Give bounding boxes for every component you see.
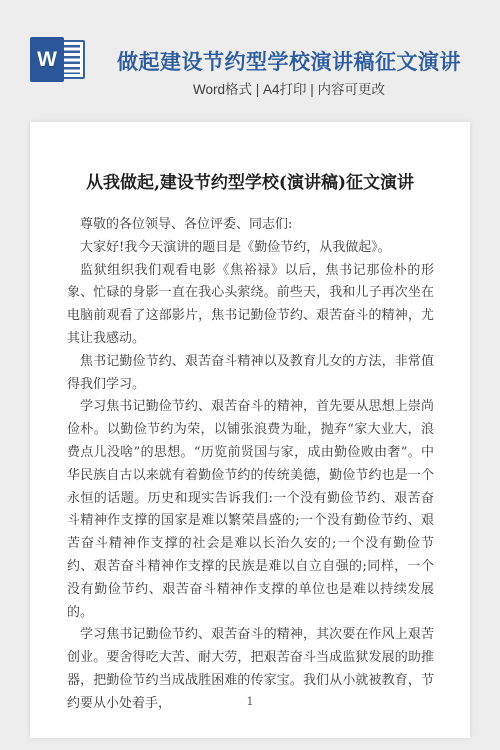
word-w-badge-icon: W: [30, 37, 64, 82]
document-body: 尊敬的各位领导、各位评委、同志们:大家好!我今天演讲的题目是《勤俭节约，从我做起…: [67, 214, 434, 716]
format-info: Word格式 | A4打印 | 内容可更改: [100, 78, 478, 98]
page-number: 1: [30, 695, 470, 708]
document-paragraph: 焦书记勤俭节约、艰苦奋斗精神以及教育儿女的方法，非常值得我们学习。: [67, 351, 434, 397]
document-paragraph: 监狱组织我们观看电影《焦裕禄》以后，焦书记那俭朴的形象、忙碌的身影一直在我心头萦…: [67, 260, 434, 351]
document-paragraph: 大家好!我今天演讲的题目是《勤俭节约，从我做起》。: [67, 237, 434, 260]
document-paragraph: 尊敬的各位领导、各位评委、同志们:: [67, 214, 434, 237]
page-title: 做起建设节约型学校演讲稿征文演讲: [100, 46, 478, 76]
document-title: 从我做起,建设节约型学校(演讲稿)征文演讲: [85, 169, 415, 198]
word-icon: W: [30, 37, 87, 82]
header: W 做起建设节约型学校演讲稿征文演讲 Word格式 | A4打印 | 内容可更改: [0, 0, 500, 122]
document-preview-page[interactable]: 从我做起,建设节约型学校(演讲稿)征文演讲 尊敬的各位领导、各位评委、同志们:大…: [30, 122, 470, 738]
document-paragraph: 学习焦书记勤俭节约、艰苦奋斗的精神，首先要从思想上崇尚俭朴。以勤俭节约为荣，以铺…: [67, 396, 434, 624]
word-icon-letter: W: [37, 48, 57, 72]
